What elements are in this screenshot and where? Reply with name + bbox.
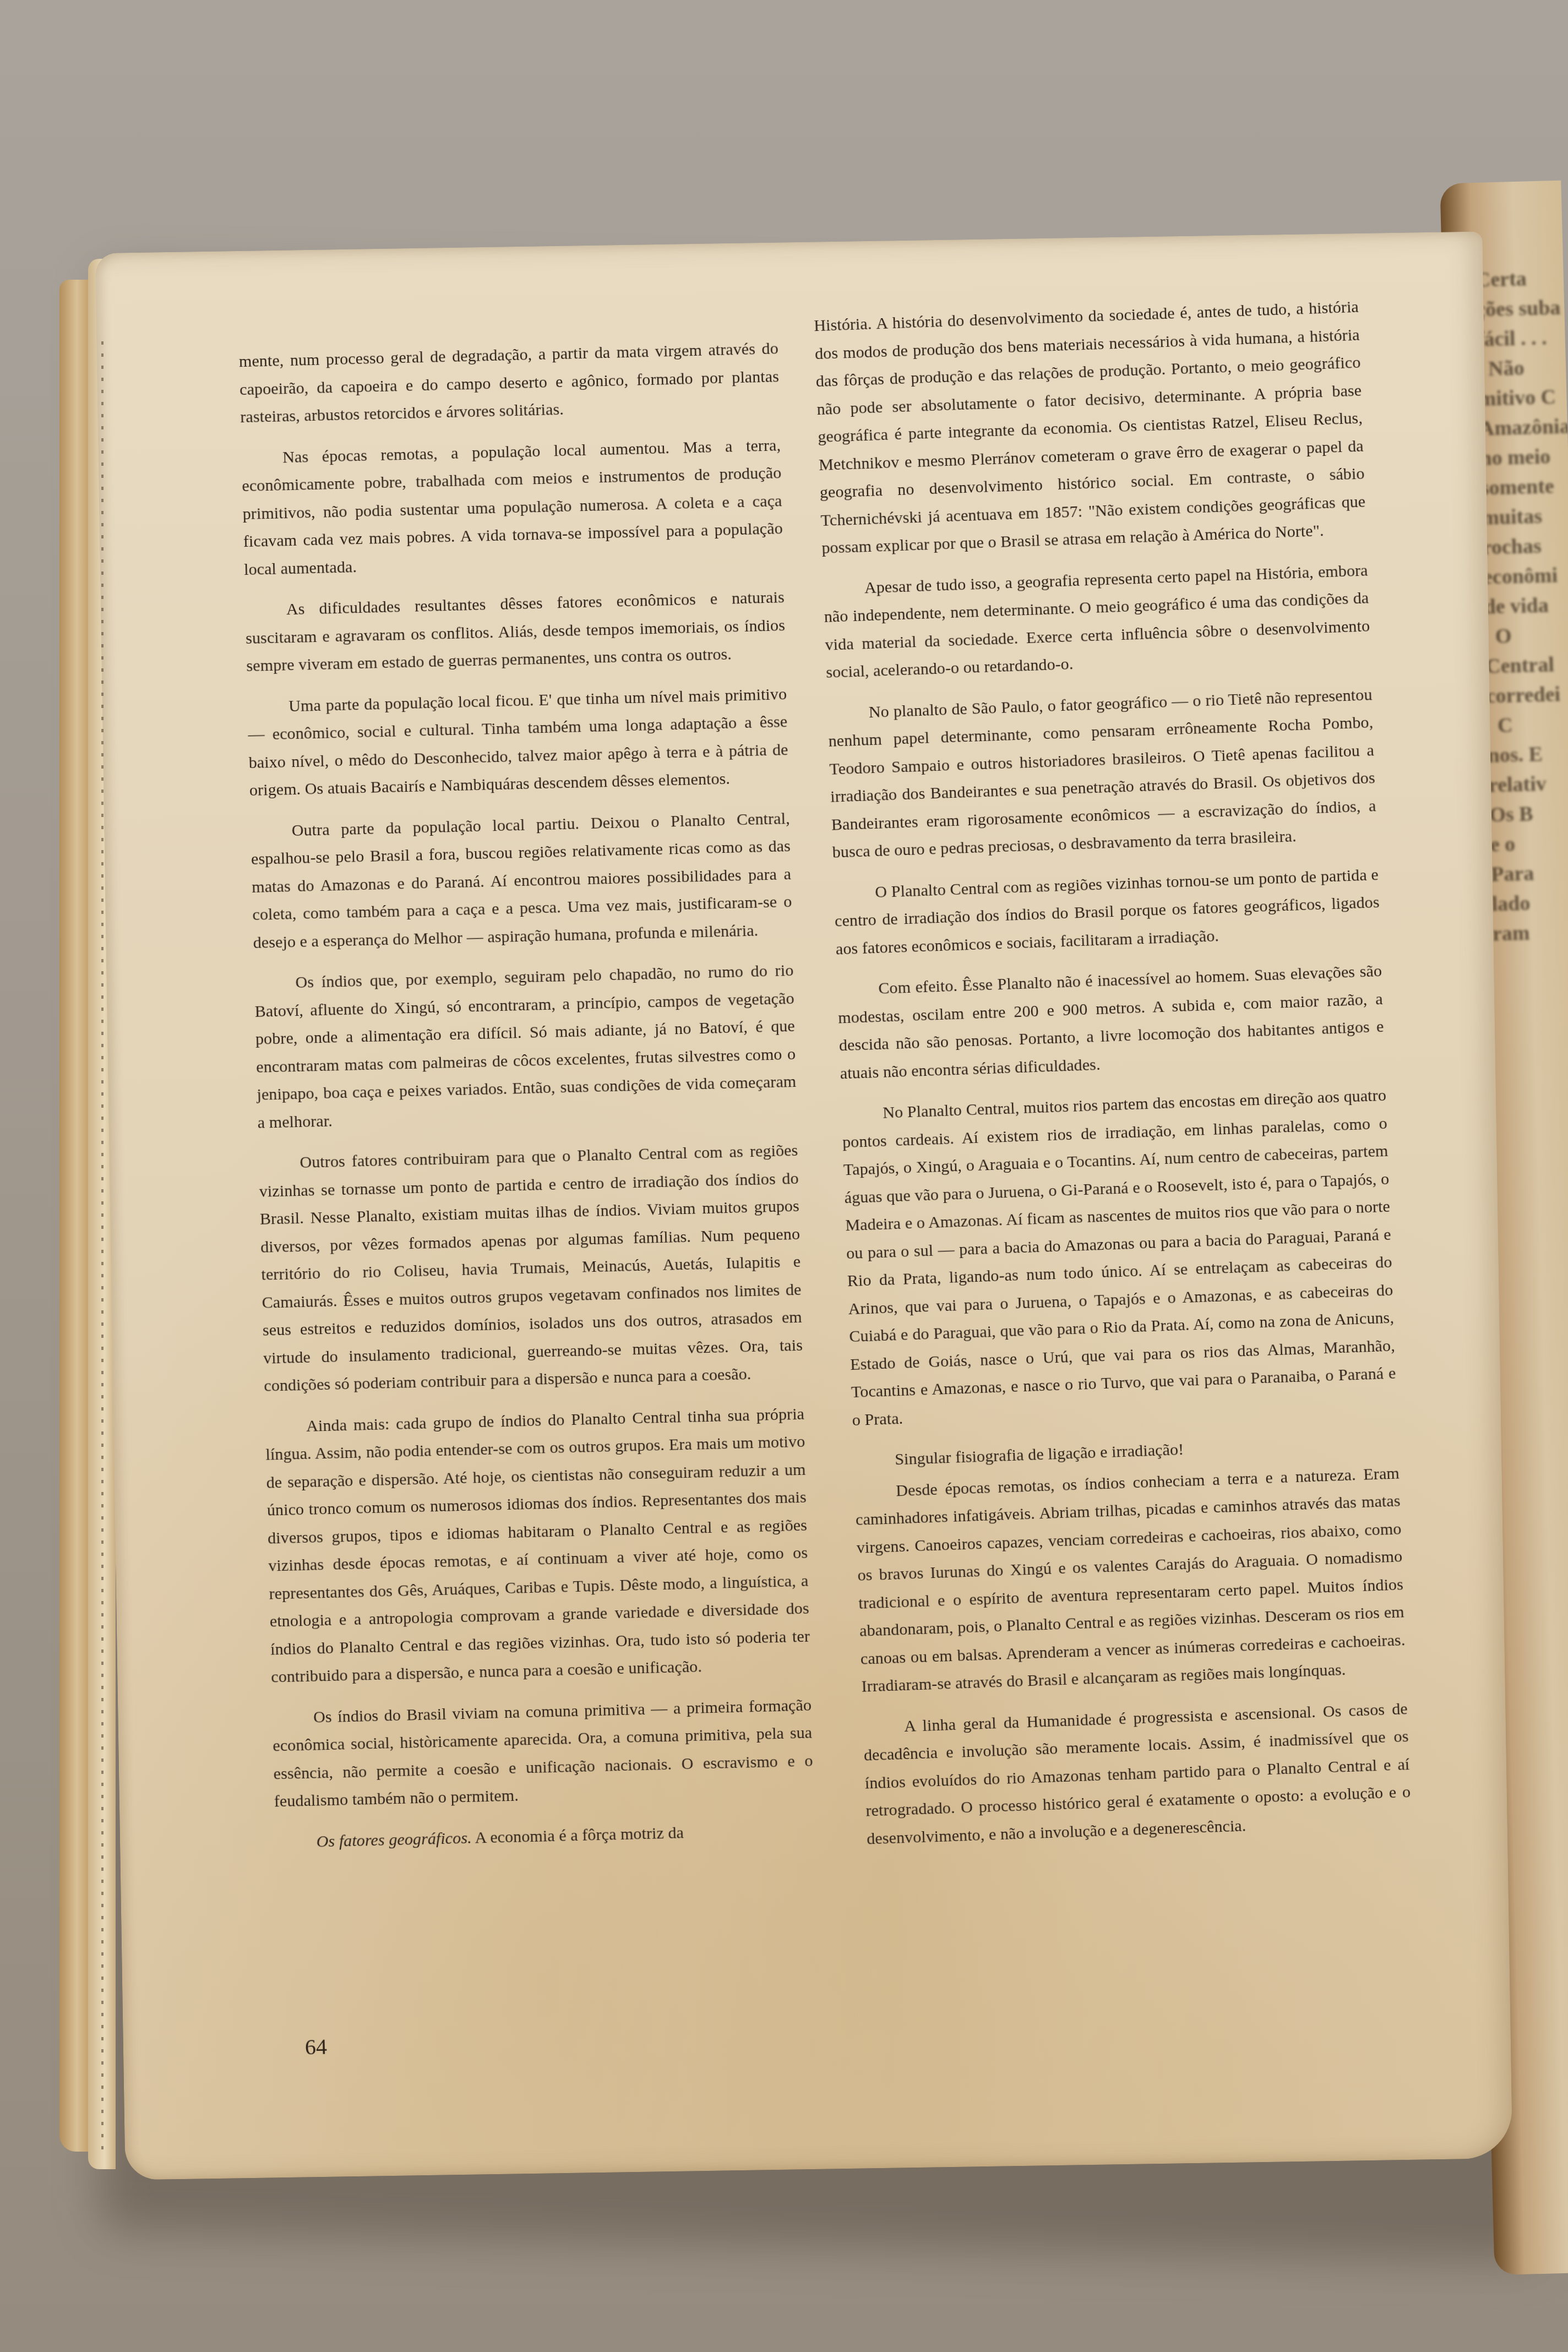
paragraph: mente, num processo geral de degradação,… bbox=[238, 335, 780, 431]
paragraph: Com efeito. Êsse Planalto não é inacessí… bbox=[837, 957, 1385, 1087]
paragraph: Outros fatores contribuiram para que o P… bbox=[258, 1137, 804, 1400]
page-number: 64 bbox=[304, 2034, 327, 2060]
paragraph: Os índios do Brasil viviam na comuna pri… bbox=[272, 1691, 814, 1816]
paragraph: Outra parte da população local partiu. D… bbox=[250, 805, 793, 957]
paragraph: As dificuldades resultantes dêsses fator… bbox=[244, 584, 786, 680]
paragraph: Desde épocas remotas, os índios conhecia… bbox=[854, 1460, 1406, 1701]
paragraph: O Planalto Central com as regiões vizinh… bbox=[833, 861, 1381, 963]
left-column: mente, num processo geral de degradação,… bbox=[238, 335, 815, 1870]
section-heading-italic: Os fatores geográficos. bbox=[316, 1828, 472, 1850]
book-page: mente, num processo geral de degradação,… bbox=[95, 231, 1513, 2180]
page-edge-marks bbox=[101, 341, 104, 2158]
paragraph: No Planalto Central, muitos rios partem … bbox=[841, 1082, 1398, 1434]
paragraph: No planalto de São Paulo, o fator geográ… bbox=[827, 681, 1378, 867]
paragraph: Apesar de tudo isso, a geografia represe… bbox=[823, 557, 1371, 687]
paragraph: Os índios que, por exemplo, seguiram pel… bbox=[254, 957, 797, 1137]
paragraph: A linha geral da Humanidade é progressis… bbox=[862, 1695, 1412, 1853]
paragraph: Nas épocas remotas, a população local au… bbox=[241, 432, 784, 584]
paragraph: Uma parte da população local ficou. E' q… bbox=[247, 680, 790, 805]
right-column: História. A história do desenvolvimento … bbox=[813, 293, 1412, 1866]
paragraph: Ainda mais: cada grupo de índios do Plan… bbox=[265, 1400, 811, 1691]
paragraph: História. A história do desenvolvimento … bbox=[813, 293, 1366, 563]
section-lead-text: A economia é a fôrça motriz da bbox=[471, 1823, 684, 1847]
section-lead-paragraph: Os fatores geográficos. A economia é a f… bbox=[275, 1816, 815, 1856]
